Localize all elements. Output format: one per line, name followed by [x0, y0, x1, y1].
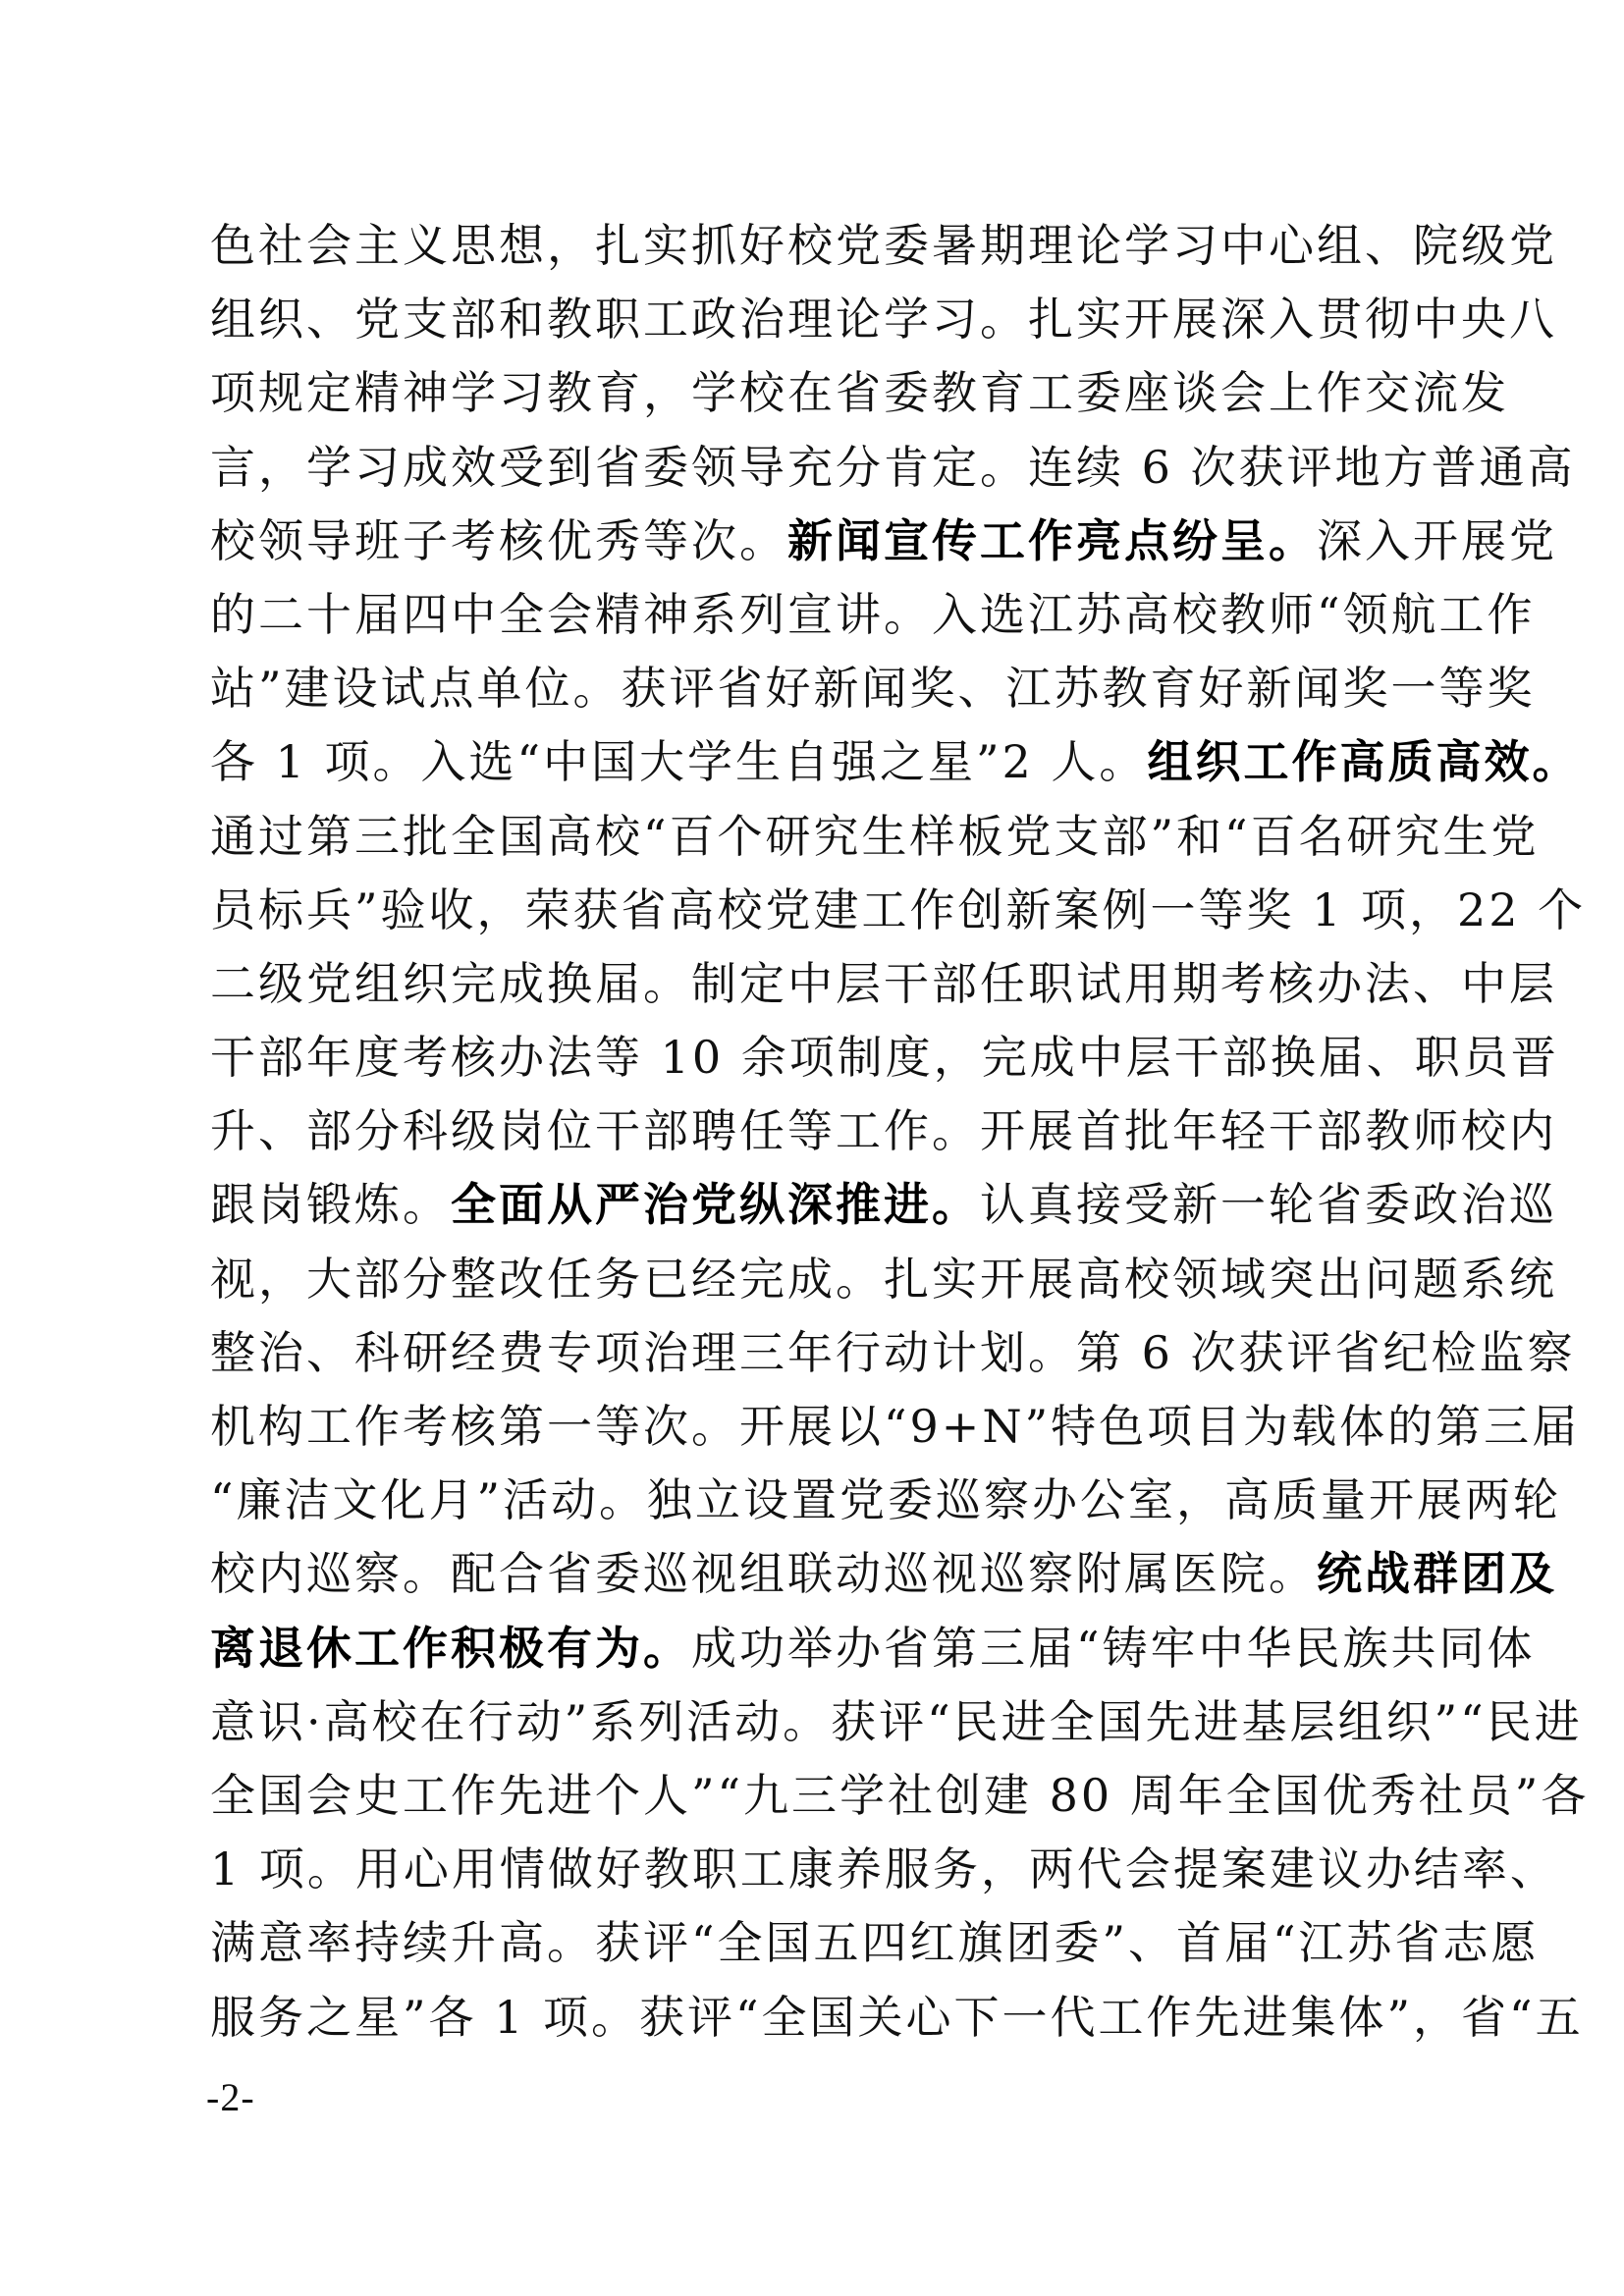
text-line: 全国会史工作先进个人”“九三学社创建 80 周年全国优秀社员”各: [210, 1768, 1420, 1842]
text-line: 视，大部分整改任务已经完成。扎实开展高校领域突出问题系统: [210, 1252, 1420, 1325]
text-run: 升、部分科级岗位干部聘任等工作。开展首批年轻干部教师校内: [210, 1104, 1557, 1157]
text-run: 跟岗锻炼。: [210, 1178, 451, 1231]
text-run: 深入开展党: [1317, 514, 1557, 567]
text-line: 校内巡察。配合省委巡视组联动巡视巡察附属医院。统战群团及: [210, 1546, 1420, 1620]
text-line: 干部年度考核办法等 10 余项制度，完成中层干部换届、职员晋: [210, 1030, 1420, 1103]
text-line: 意识·高校在行动”系列活动。获评“民进全国先进基层组织”“民进: [210, 1694, 1420, 1768]
text-run: “廉洁文化月”活动。独立设置党委巡察办公室，高质量开展两轮: [210, 1473, 1561, 1526]
text-run: 意识·高校在行动”系列活动。获评“民进全国先进基层组织”“民进: [210, 1695, 1583, 1748]
text-run: 服务之星”各 1 项。获评“全国关心下一代工作先进集体”，省“五: [210, 1991, 1584, 2044]
text-line: 校领导班子考核优秀等次。新闻宣传工作亮点纷呈。深入开展党: [210, 513, 1420, 587]
bold-heading-run: 新闻宣传工作亮点纷呈。: [787, 514, 1317, 567]
page-number: -2-: [206, 2074, 255, 2120]
text-line: 组织、党支部和教职工政治理论学习。扎实开展深入贯彻中央八: [210, 292, 1420, 365]
text-run: 整治、科研经费专项治理三年行动计划。第 6 次获评省纪检监察: [210, 1326, 1576, 1379]
text-run: 通过第三批全国高校“百个研究生样板党支部”和“百名研究生党: [210, 810, 1540, 863]
text-run: 机构工作考核第一等次。开展以“9+N”特色项目为载体的第三届: [210, 1400, 1580, 1453]
text-line: 言，学习成效受到省委领导充分肯定。连续 6 次获评地方普通高: [210, 440, 1420, 513]
text-run: 校领导班子考核优秀等次。: [210, 514, 787, 567]
text-line: 跟岗锻炼。全面从严治党纵深推进。认真接受新一轮省委政治巡: [210, 1177, 1420, 1251]
text-line: 各 1 项。入选“中国大学生自强之星”2 人。组织工作高质高效。: [210, 734, 1420, 808]
bold-heading-run: 统战群团及: [1317, 1547, 1557, 1600]
text-line: 整治、科研经费专项治理三年行动计划。第 6 次获评省纪检监察: [210, 1325, 1420, 1399]
document-page: 色社会主义思想，扎实抓好校党委暑期理论学习中心组、院级党组织、党支部和教职工政治…: [0, 0, 1624, 2296]
text-line: 色社会主义思想，扎实抓好校党委暑期理论学习中心组、院级党: [210, 218, 1420, 292]
text-line: 满意率持续升高。获评“全国五四红旗团委”、首届“江苏省志愿: [210, 1915, 1420, 1989]
text-line: 服务之星”各 1 项。获评“全国关心下一代工作先进集体”，省“五: [210, 1990, 1420, 2063]
bold-heading-run: 离退休工作积极有为。: [210, 1622, 691, 1675]
text-line: 离退休工作积极有为。成功举办省第三届“铸牢中华民族共同体: [210, 1621, 1420, 1694]
text-run: 满意率持续升高。获评“全国五四红旗团委”、首届“江苏省志愿: [210, 1916, 1540, 1969]
text-run: 校内巡察。配合省委巡视组联动巡视巡察附属医院。: [210, 1547, 1317, 1600]
text-run: 认真接受新一轮省委政治巡: [980, 1178, 1557, 1231]
text-line: 员标兵”验收，荣获省高校党建工作创新案例一等奖 1 项，22 个: [210, 882, 1420, 956]
text-run: 站”建设试点单位。获评省好新闻奖、江苏教育好新闻奖一等奖: [210, 662, 1536, 715]
body-paragraph: 色社会主义思想，扎实抓好校党委暑期理论学习中心组、院级党组织、党支部和教职工政治…: [210, 218, 1420, 2063]
text-line: 升、部分科级岗位干部聘任等工作。开展首批年轻干部教师校内: [210, 1103, 1420, 1177]
text-run: 色社会主义思想，扎实抓好校党委暑期理论学习中心组、院级党: [210, 219, 1557, 272]
text-run: 言，学习成效受到省委领导充分肯定。连续 6 次获评地方普通高: [210, 441, 1576, 494]
bold-heading-run: 全面从严治党纵深推进。: [451, 1178, 980, 1231]
text-run: 成功举办省第三届“铸牢中华民族共同体: [691, 1622, 1536, 1675]
text-run: 的二十届四中全会精神系列宣讲。入选江苏高校教师“领航工作: [210, 588, 1536, 641]
text-line: 的二十届四中全会精神系列宣讲。入选江苏高校教师“领航工作: [210, 587, 1420, 661]
text-line: 二级党组织完成换届。制定中层干部任职试用期考核办法、中层: [210, 956, 1420, 1030]
text-run: 全国会史工作先进个人”“九三学社创建 80 周年全国优秀社员”各: [210, 1769, 1589, 1822]
text-line: 站”建设试点单位。获评省好新闻奖、江苏教育好新闻奖一等奖: [210, 661, 1420, 734]
text-run: 项规定精神学习教育，学校在省委教育工委座谈会上作交流发: [210, 366, 1509, 419]
text-run: 组织、党支部和教职工政治理论学习。扎实开展深入贯彻中央八: [210, 293, 1557, 346]
text-run: 视，大部分整改任务已经完成。扎实开展高校领域突出问题系统: [210, 1253, 1557, 1306]
text-run: 员标兵”验收，荣获省高校党建工作创新案例一等奖 1 项，22 个: [210, 883, 1586, 936]
text-line: “廉洁文化月”活动。独立设置党委巡察办公室，高质量开展两轮: [210, 1472, 1420, 1546]
text-line: 项规定精神学习教育，学校在省委教育工委座谈会上作交流发: [210, 365, 1420, 439]
bold-heading-run: 组织工作高质高效。: [1147, 735, 1580, 788]
text-line: 通过第三批全国高校“百个研究生样板党支部”和“百名研究生党: [210, 809, 1420, 882]
text-line: 机构工作考核第一等次。开展以“9+N”特色项目为载体的第三届: [210, 1399, 1420, 1472]
text-line: 1 项。用心用情做好教职工康养服务，两代会提案建议办结率、: [210, 1842, 1420, 1915]
text-run: 干部年度考核办法等 10 余项制度，完成中层干部换届、职员晋: [210, 1031, 1559, 1084]
text-run: 二级党组织完成换届。制定中层干部任职试用期考核办法、中层: [210, 957, 1557, 1010]
text-run: 各 1 项。入选“中国大学生自强之星”2 人。: [210, 735, 1147, 788]
text-run: 1 项。用心用情做好教职工康养服务，两代会提案建议办结率、: [210, 1842, 1558, 1896]
